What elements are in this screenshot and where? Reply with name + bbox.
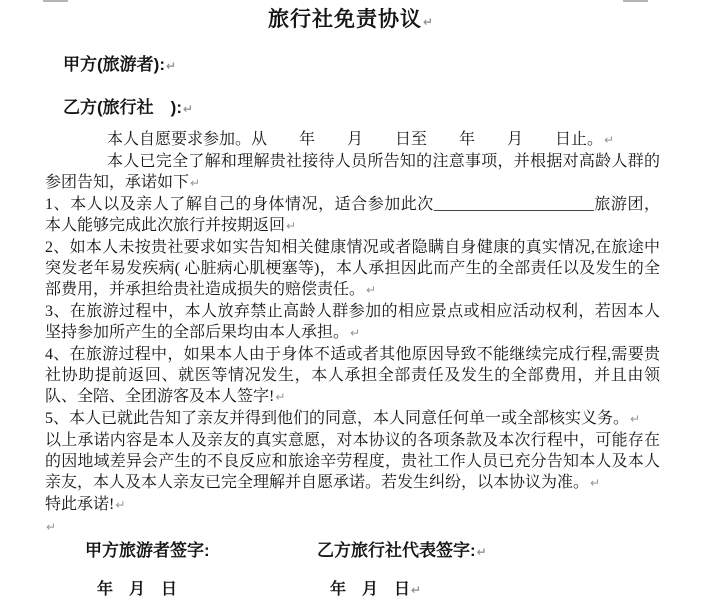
paragraph: 特此承诺!↵ [45,494,660,516]
paragraph: 本人自愿要求参加。从 年 月 日至 年 月 日止。↵ [45,129,660,151]
paragraph-mark-icon: ↵ [115,498,125,512]
paragraph-text: 1、本人以及亲人了解自己的身体情况，适合参加此次________________… [45,196,660,234]
signature-row: 甲方旅游者签字: 乙方旅行社代表签字:↵ [0,536,702,558]
paragraph-mark-icon: ↵ [630,412,640,426]
party-b-heading: 乙方(旅行社 ):↵ [0,98,702,119]
paragraph-mark-icon: ↵ [366,283,376,297]
paragraph-mark-icon: ↵ [423,15,434,29]
party-b-signature-label-text: 乙方旅行社代表签字: [317,541,476,560]
party-a-signature-label: 甲方旅游者签字: [85,536,210,561]
paragraph-text: 5、本人已就此告知了亲友并得到他们的同意，本人同意任何单一或全部核实义务。 [45,410,629,427]
paragraph: 以上承诺内容是本人及亲友的真实意愿，对本协议的各项条款及本次行程中，可能存在的因… [45,430,660,494]
party-a-heading: 甲方(旅游者):↵ [0,55,702,76]
paragraph: 3、在旅游过程中，本人放弃禁止高龄人群参加的相应景点或相应活动权利，若因本人坚持… [45,301,660,344]
paragraph-mark-icon: ↵ [190,176,200,190]
margin-crop-mark-right [623,0,648,2]
paragraph-text: 特此承诺! [45,496,114,513]
paragraph-text: 本人已完全了解和理解贵社接待人员所告知的注意事项，并根据对高龄人群的参团告知，承… [45,153,660,191]
paragraph-mark-icon: ↵ [183,102,193,116]
party-a-label: 甲方(旅游者): [63,55,165,74]
paragraph-text: 以上承诺内容是本人及亲友的真实意愿，对本协议的各项条款及本次行程中，可能存在的因… [45,432,660,491]
date-row: 年 月 日 年 月 日↵ [0,576,702,598]
paragraph-mark-icon: ↵ [590,476,600,490]
party-b-date-text: 年 月 日 [330,581,410,598]
paragraph: 2、如本人未按贵社要求如实告知相关健康情况或者隐瞒自身健康的真实情况,在旅途中突… [45,237,660,301]
paragraph: 5、本人已就此告知了亲友并得到他们的同意，本人同意任何单一或全部核实义务。↵ [45,408,660,430]
paragraph-text: 2、如本人未按贵社要求如实告知相关健康情况或者隐瞒自身健康的真实情况,在旅途中突… [45,239,660,298]
paragraph-text: 本人自愿要求参加。从 年 月 日至 年 月 日止。 [107,131,603,148]
paragraph-mark-icon: ↵ [350,326,360,340]
paragraph: 4、在旅游过程中，如果本人由于身体不适或者其他原因导致不能继续完成行程,需要贵社… [45,344,660,408]
paragraph: 1、本人以及亲人了解自己的身体情况，适合参加此次________________… [45,194,660,237]
paragraph-mark-icon: ↵ [411,583,421,597]
agreement-body: 本人自愿要求参加。从 年 月 日至 年 月 日止。↵本人已完全了解和理解贵社接待… [45,129,660,538]
paragraph-mark-icon: ↵ [275,390,285,404]
paragraph: 本人已完全了解和理解贵社接待人员所告知的注意事项，并根据对高龄人群的参团告知，承… [45,151,660,194]
party-b-date-blank: 年 月 日↵ [330,576,421,599]
document-title-text: 旅行社免责协议 [268,8,422,31]
party-a-date-blank: 年 月 日 [97,576,177,599]
margin-crop-mark-left [43,0,68,2]
paragraph-text: 4、在旅游过程中，如果本人由于身体不适或者其他原因导致不能继续完成行程,需要贵社… [45,346,660,405]
paragraph-mark-icon: ↵ [604,133,614,147]
document-title: 旅行社免责协议↵ [0,0,702,34]
paragraph-mark-icon: ↵ [286,219,296,233]
paragraph-mark-icon: ↵ [477,545,487,559]
party-b-label: 乙方(旅行社 ): [63,98,182,117]
paragraph-mark-icon: ↵ [46,520,56,534]
party-b-signature-label: 乙方旅行社代表签字:↵ [317,536,487,561]
paragraph-mark-icon: ↵ [166,59,176,73]
document-page: 旅行社免责协议↵ 甲方(旅游者):↵ 乙方(旅行社 ):↵ 本人自愿要求参加。从… [0,0,702,610]
paragraph: ↵ [45,516,660,538]
